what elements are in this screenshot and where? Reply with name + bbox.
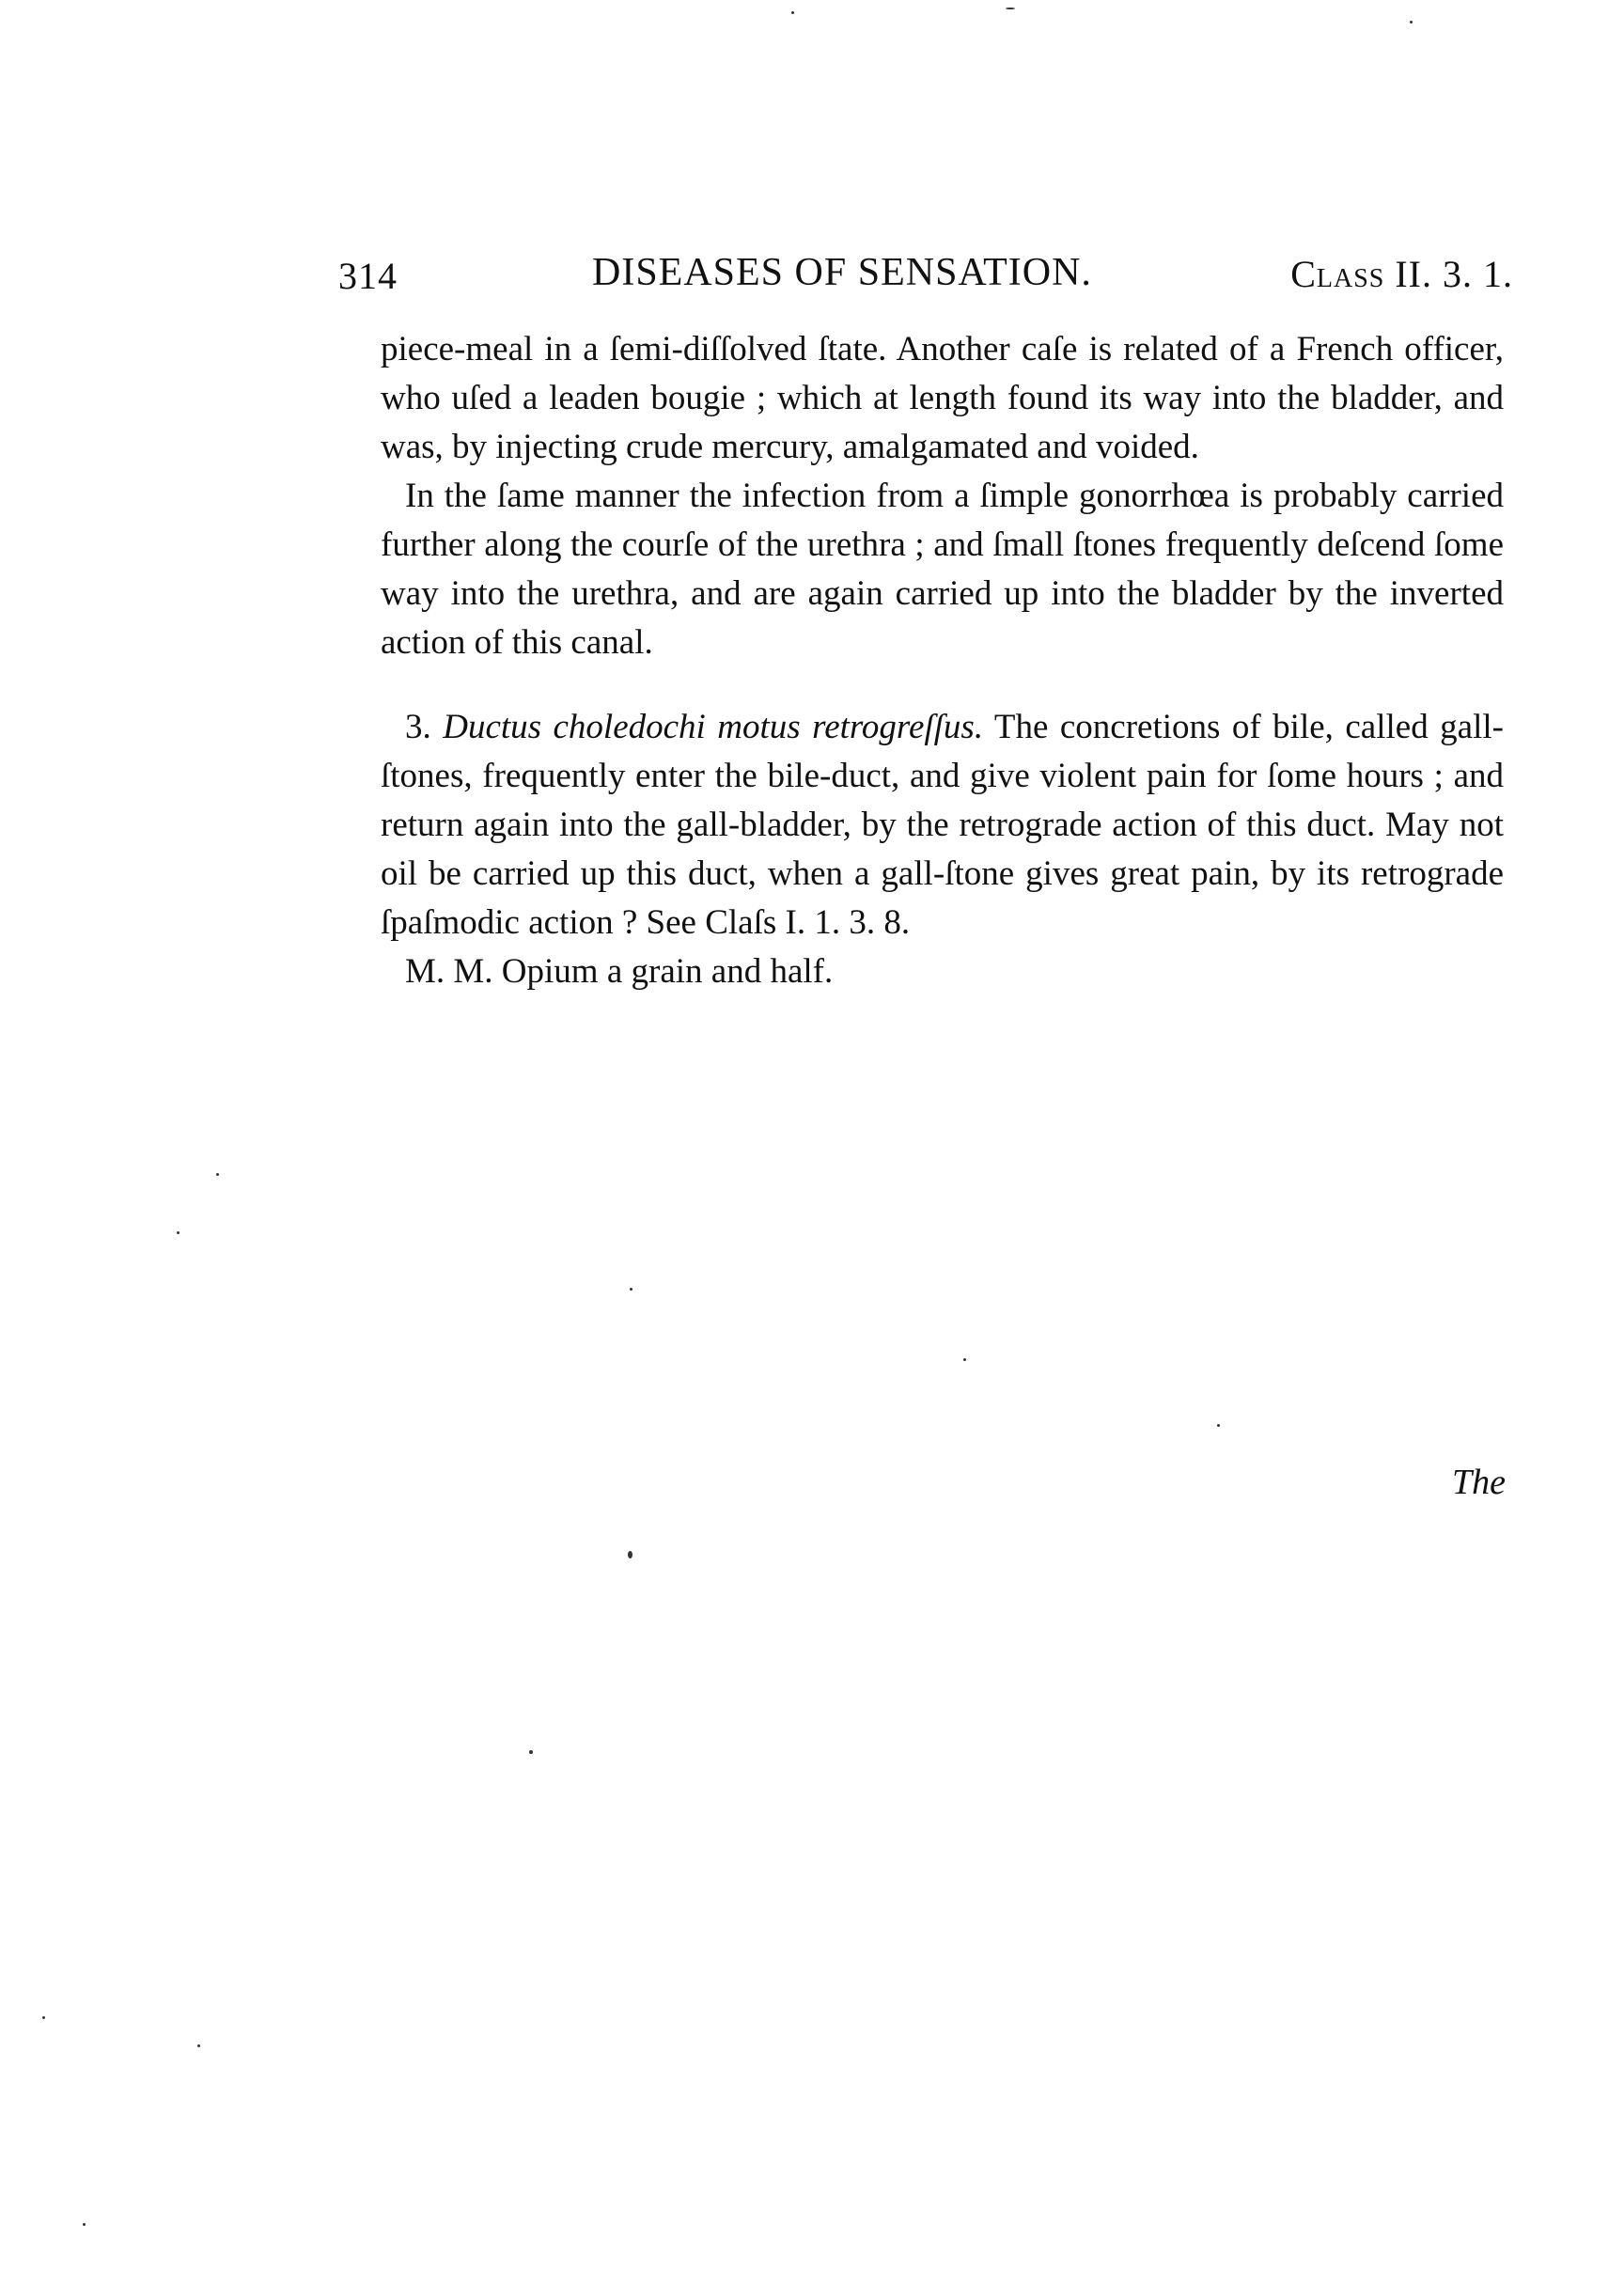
scan-speck <box>197 2044 200 2047</box>
scan-speck <box>83 2223 86 2226</box>
scan-speck <box>1217 1424 1220 1427</box>
entry-heading: Ductus choledochi motus retrogreſſus. <box>443 708 983 746</box>
scan-speck <box>963 1358 966 1361</box>
section-number: II. 3. 1. <box>1384 253 1513 295</box>
body-text: piece-meal in a ſemi-diſſolved ſtate. An… <box>381 325 1504 996</box>
catchword: The <box>1452 1462 1506 1503</box>
scan-speck <box>1410 21 1413 23</box>
running-head: 314 DISEASES OF SENSATION. Class II. 3. … <box>338 246 1513 303</box>
scan-speck <box>42 2016 45 2019</box>
entry-number: 3. <box>405 708 431 746</box>
scan-speck <box>1006 8 1015 9</box>
scan-speck <box>177 1231 180 1234</box>
section-reference: Class II. 3. 1. <box>1290 252 1513 296</box>
scan-speck <box>791 11 794 14</box>
scan-speck <box>630 1288 632 1291</box>
paragraph-urethra: In the ſame manner the infection from a … <box>381 472 1504 667</box>
page-number: 314 <box>338 254 398 298</box>
paragraph-continuation: piece-meal in a ſemi-diſſolved ſtate. An… <box>381 325 1504 472</box>
paragraph-materia-medica: M. M. Opium a grain and half. <box>381 947 1504 996</box>
book-page: 314 DISEASES OF SENSATION. Class II. 3. … <box>0 0 1624 2286</box>
paragraph-ductus-choledochi: 3. Ductus choledochi motus retrogreſſus.… <box>381 703 1504 947</box>
scan-speck <box>216 1173 219 1176</box>
running-title: DISEASES OF SENSATION. <box>592 250 1092 295</box>
scan-speck <box>529 1750 533 1754</box>
scan-speck <box>628 1551 632 1558</box>
section-prefix: Class <box>1290 253 1384 295</box>
